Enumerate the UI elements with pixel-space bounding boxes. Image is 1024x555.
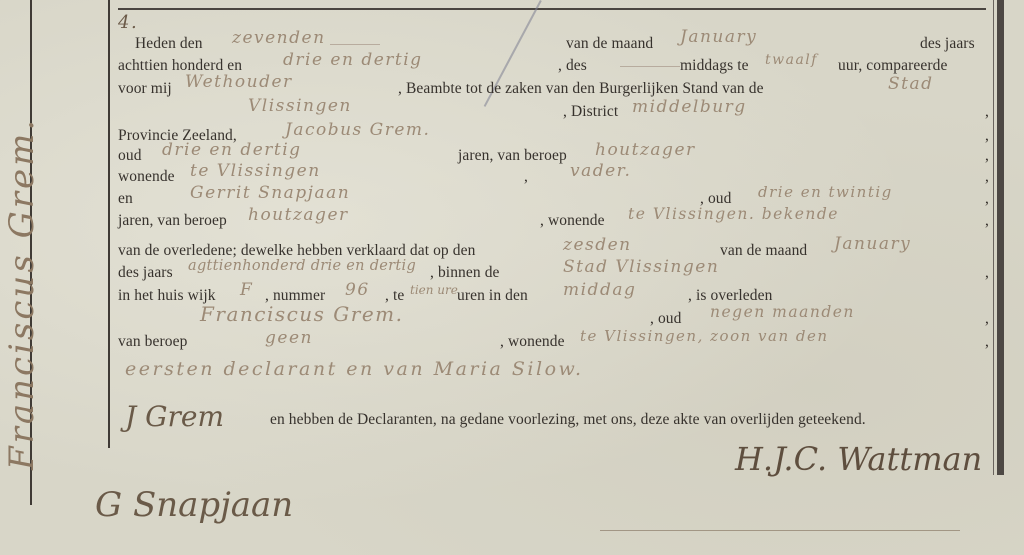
hand-declarant2-residence: te Vlissingen. bekende [628, 205, 839, 223]
hand-house-number: 96 [345, 280, 370, 300]
print-jaren-beroep: jaren, van beroep [118, 212, 227, 230]
print-oud: , oud [650, 310, 682, 328]
print-beambte: , Beambte tot de zaken van den Burgerlij… [398, 80, 764, 98]
print-comma: , [985, 168, 989, 186]
print-district: , District [563, 103, 618, 121]
print-middags: middags te [680, 57, 749, 75]
hand-stad: Stad [888, 74, 934, 94]
record-number: 4. [118, 12, 138, 33]
print-des: , des [558, 57, 587, 75]
signature-declarant1: J Grem [125, 400, 224, 433]
hand-declarant1-occupation: houtzager [595, 140, 696, 160]
print-voor-mij: voor mij [118, 80, 172, 98]
death-record-page: Franciscus Grem. 4. Heden den zevenden v… [0, 0, 1024, 555]
print-comma: , [985, 310, 989, 328]
hand-official-title: Wethouder [185, 72, 293, 92]
print-des-jaars: des jaars [920, 35, 975, 53]
margin-border-right [108, 0, 110, 448]
print-uren-in-den: uren in den [457, 287, 528, 305]
hand-declarant2-age: drie en twintig [758, 183, 893, 201]
hand-death-year: agttienhonderd drie en dertig [188, 258, 416, 274]
signature-flourish [600, 530, 960, 531]
frame-inner-line [993, 0, 994, 475]
hand-deceased-name: Franciscus Grem. [200, 302, 404, 326]
top-rule [118, 8, 986, 10]
print-comma: , [524, 168, 528, 186]
print-comma: , [985, 190, 989, 208]
print-comma: , [985, 264, 989, 282]
print-heden-den: Heden den [135, 35, 203, 53]
hand-year: drie en dertig [283, 50, 423, 70]
hand-deceased-residence: te Vlissingen, zoon van den [580, 327, 829, 345]
print-comma: , [985, 333, 989, 351]
print-van-beroep: van beroep [118, 333, 187, 351]
print-en: en [118, 190, 133, 208]
print-wonende: wonende [118, 168, 175, 186]
signature-declarant2: G Snapjaan [95, 485, 293, 525]
print-wonende: , wonende [540, 212, 605, 230]
print-wonende: , wonende [500, 333, 565, 351]
hand-deceased-age: negen maanden [710, 303, 855, 321]
signature-official: H.J.C. Wattman [735, 440, 982, 478]
print-van-beroep: jaren, van beroep [458, 147, 567, 165]
print-comma: , [985, 147, 989, 165]
print-uur-compareerde: uur, compareerde [838, 57, 947, 75]
hand-declarant1-relation: vader. [570, 161, 631, 181]
print-comma: , [985, 103, 989, 121]
print-des-jaars: des jaars [118, 264, 173, 282]
hand-declarant1-age: drie en dertig [162, 140, 302, 160]
hand-hour: twaalf [765, 52, 818, 68]
hand-death-hour: tien ure [410, 283, 458, 297]
hand-district: middelburg [632, 97, 747, 117]
hand-wijk: F [240, 280, 253, 300]
print-van-de-maand: van de maand [566, 35, 653, 53]
hand-death-month: January [834, 234, 911, 254]
hand-month: January [680, 27, 757, 47]
hand-declarant1-name: Jacobus Grem. [285, 120, 430, 140]
print-van-de-maand: van de maand [720, 242, 807, 260]
hand-declarant2-occupation: houtzager [248, 205, 349, 225]
hand-time-of-day: middag [563, 280, 636, 300]
hand-day: zevenden [232, 28, 326, 48]
print-comma: , [985, 212, 989, 230]
frame-right-border [997, 0, 1004, 475]
hand-declarant2-name: Gerrit Snapjaan [190, 183, 350, 203]
print-comma: , [985, 127, 989, 145]
print-closing: en hebben de Declaranten, na gedane voor… [270, 411, 866, 429]
hand-death-day: zesden [563, 235, 632, 255]
hand-deceased-occupation: geen [265, 328, 313, 348]
hand-parents: eersten declarant en van Maria Silow. [125, 358, 584, 380]
print-oud: oud [118, 147, 142, 165]
print-binnen-de: , binnen de [430, 264, 500, 282]
hand-municipality: Vlissingen [248, 96, 352, 116]
hand-death-place: Stad Vlissingen [563, 257, 719, 277]
margin-deceased-name: Franciscus Grem. [2, 117, 42, 470]
hand-declarant1-residence: te Vlissingen [190, 161, 321, 181]
fill-stroke [620, 66, 680, 67]
fill-stroke [330, 44, 380, 45]
